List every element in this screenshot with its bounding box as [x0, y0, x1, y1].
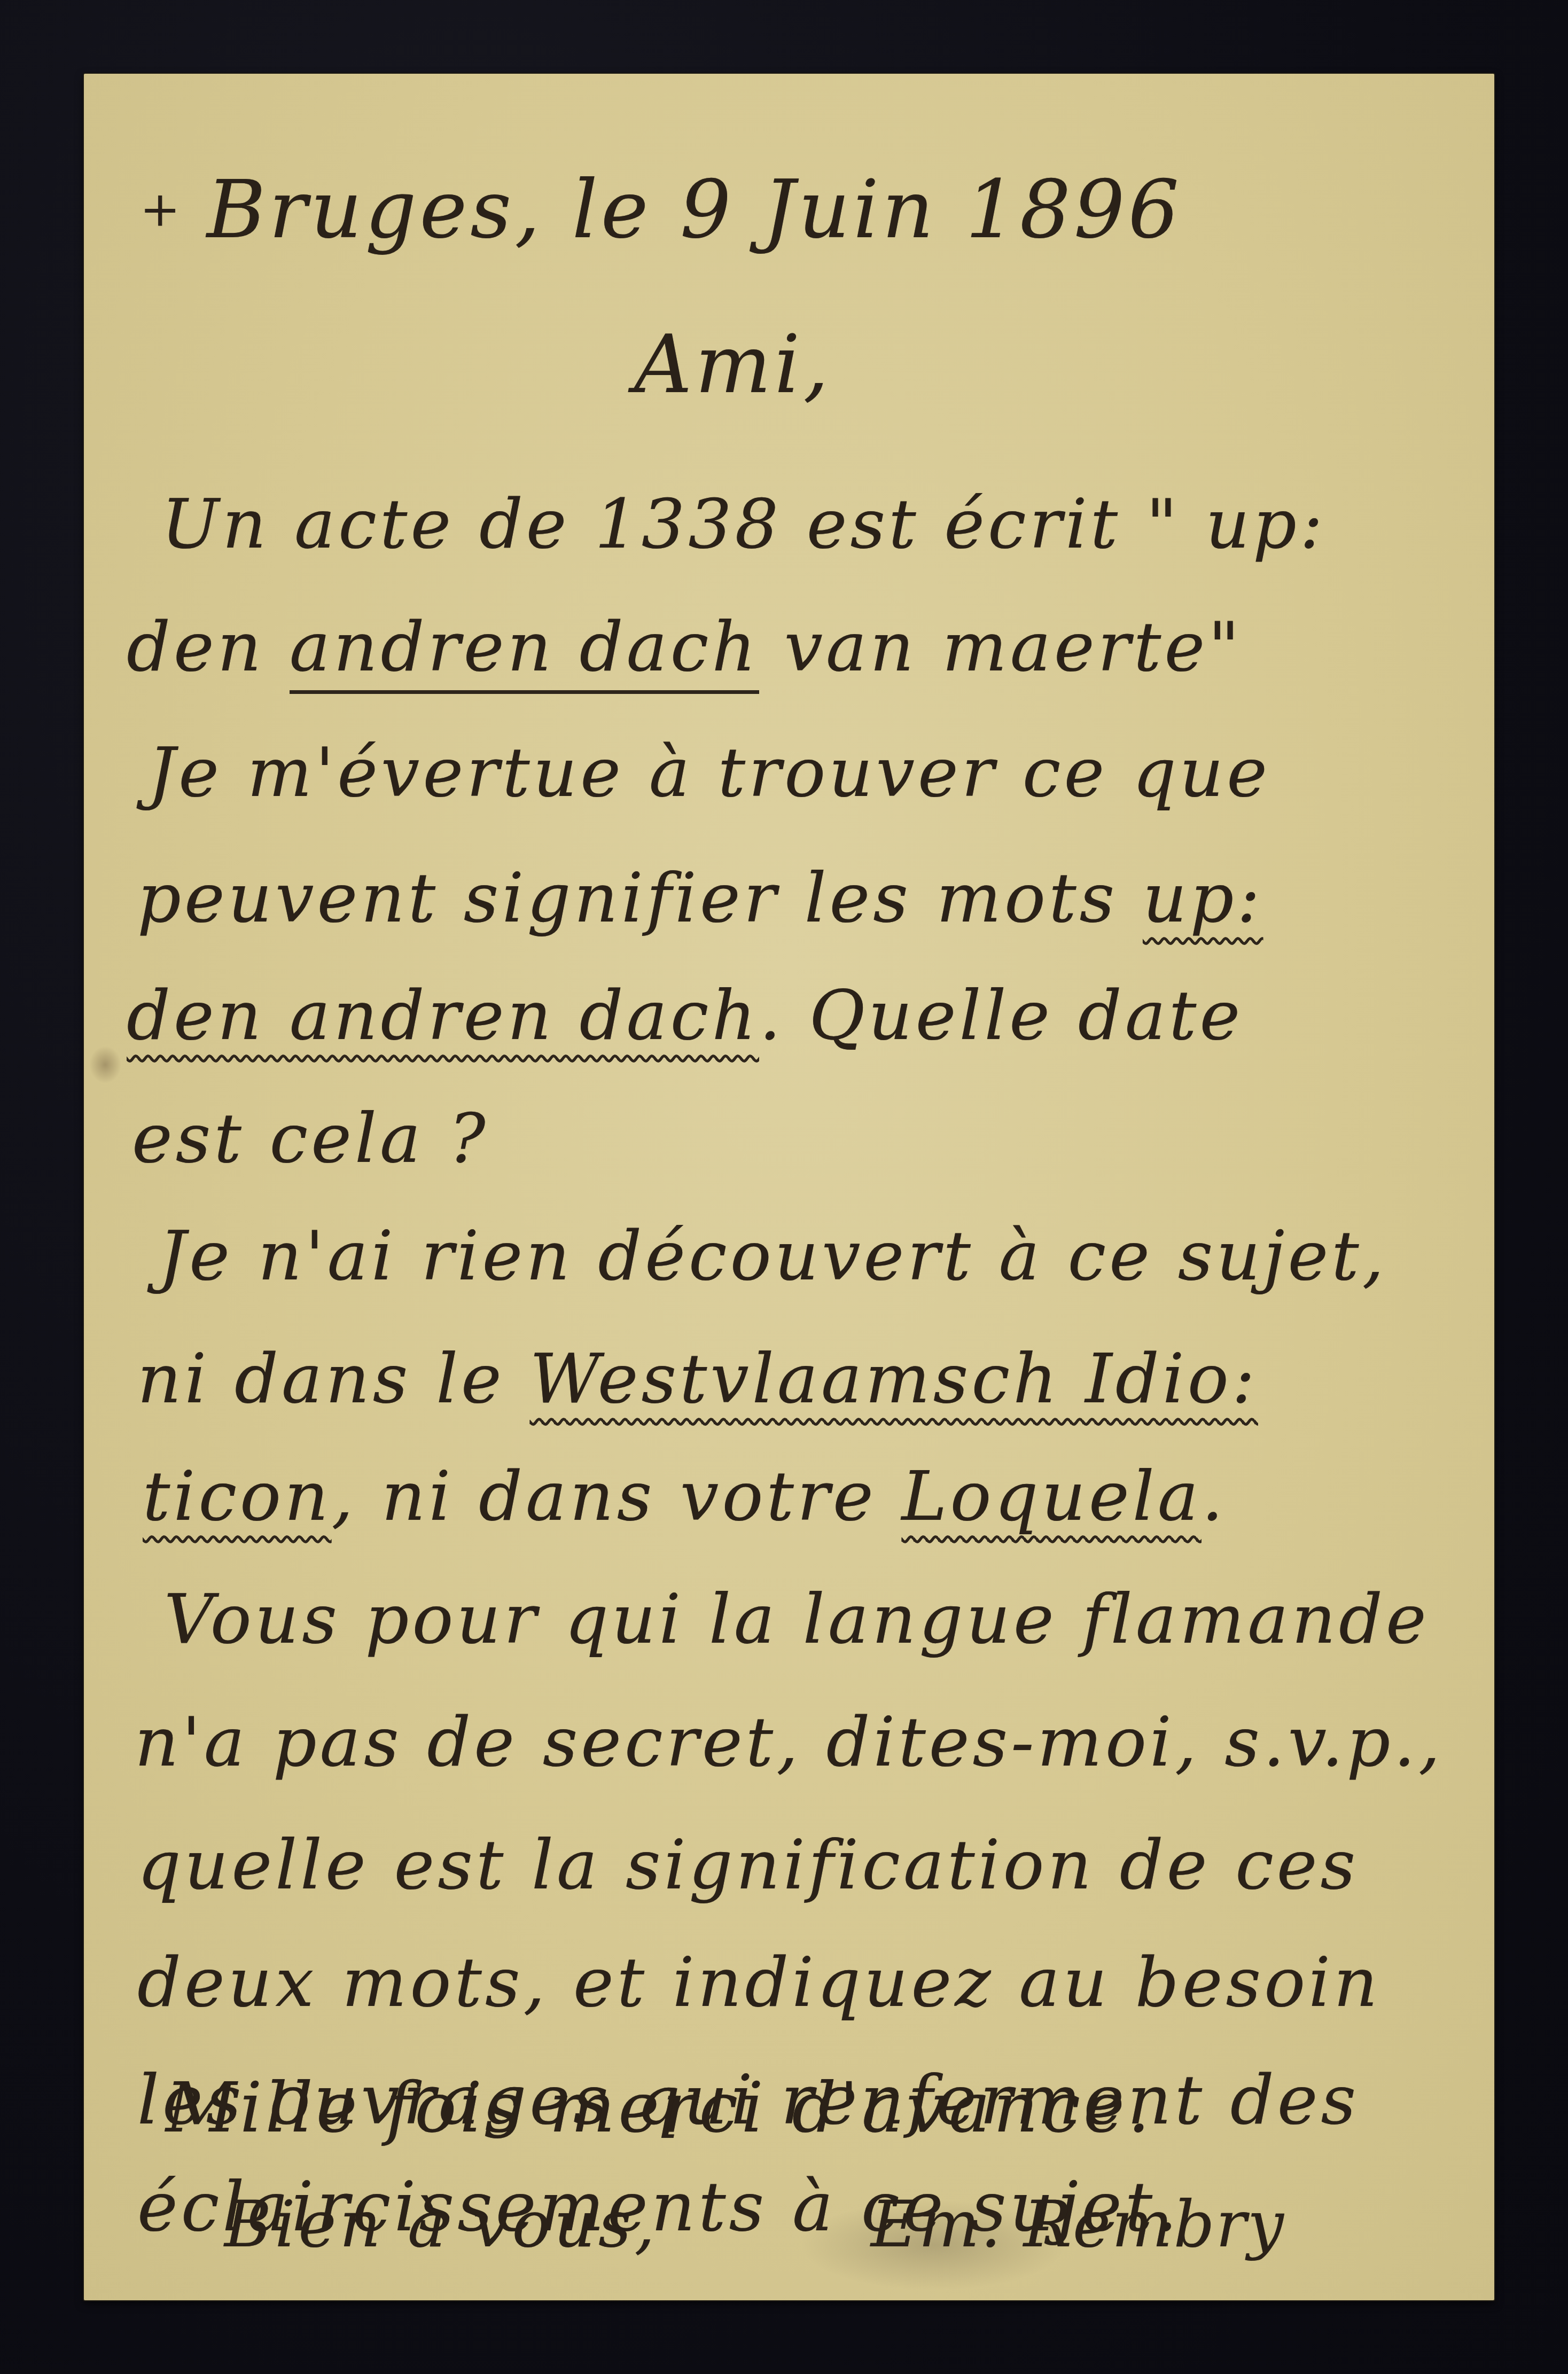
body-line-11: n'a pas de secret, dites-moi, s.v.p.,: [135, 1708, 1444, 1777]
body-line-1: Un acte de 1338 est écrit " up:: [161, 490, 1326, 559]
wavy-underlined-phrase: den andren dach: [127, 976, 759, 1056]
wavy-underlined-phrase: ticon: [143, 1457, 332, 1536]
underlined-phrase: andren dach: [290, 607, 759, 694]
body-text: den: [127, 607, 290, 687]
body-text: est cela ?: [132, 1099, 489, 1178]
closing-regards: Bien à vous,: [224, 2193, 658, 2257]
body-text: Un acte de 1338 est écrit " up:: [161, 485, 1326, 564]
body-line-2: den andren dach van maerte": [127, 613, 1243, 682]
cross-mark: +: [140, 186, 183, 234]
body-text: van maerte": [759, 607, 1243, 687]
letter-card: + Bruges, le 9 Juin 1896 Ami, Un acte de…: [84, 74, 1494, 2300]
body-text: ni dans le: [137, 1339, 530, 1419]
body-text: deux mots, et indiquez au besoin: [137, 1943, 1381, 2022]
body-text: peuvent signifier les mots: [137, 858, 1143, 938]
body-line-6: est cela ?: [132, 1105, 489, 1173]
body-line-8: ni dans le Westvlaamsch Idio:: [137, 1345, 1258, 1414]
body-text: , ni dans votre: [332, 1457, 902, 1536]
paper-stain: [89, 1046, 121, 1083]
body-text: . Quelle date: [759, 976, 1243, 1056]
body-line-10: Vous pour qui la langue flamande: [164, 1586, 1430, 1654]
body-line-12: quelle est la signification de ces: [137, 1831, 1359, 1900]
body-text: .: [1202, 1457, 1227, 1536]
body-line-13: deux mots, et indiquez au besoin: [137, 1949, 1381, 2017]
body-line-9: ticon, ni dans votre Loquela.: [143, 1463, 1227, 1531]
wavy-underlined-phrase: Loquela: [902, 1457, 1202, 1536]
body-line-5: den andren dach. Quelle date: [127, 982, 1243, 1050]
body-line-7: Je n'ai rien découvert à ce sujet,: [159, 1222, 1387, 1291]
body-text: quelle est la signification de ces: [137, 1825, 1359, 1905]
place-date: Bruges, le 9 Juin 1896: [207, 170, 1182, 250]
body-text: n'a pas de secret, dites-moi, s.v.p.,: [135, 1703, 1444, 1782]
body-text: Je n'ai rien découvert à ce sujet,: [159, 1216, 1387, 1296]
salutation: Ami,: [634, 325, 832, 405]
wavy-underlined-phrase: Westvlaamsch Idio:: [530, 1339, 1258, 1419]
signature: Em. Rembry: [871, 2193, 1285, 2257]
body-line-3: Je m'évertue à trouver ce que: [148, 739, 1270, 807]
body-text: Je m'évertue à trouver ce que: [148, 733, 1270, 813]
body-line-4: peuvent signifier les mots up:: [137, 864, 1263, 933]
wavy-underlined-phrase: up:: [1143, 858, 1263, 938]
body-text: Vous pour qui la langue flamande: [164, 1580, 1430, 1659]
closing-thanks: Mille fois merci d'avance.: [166, 2073, 1153, 2142]
